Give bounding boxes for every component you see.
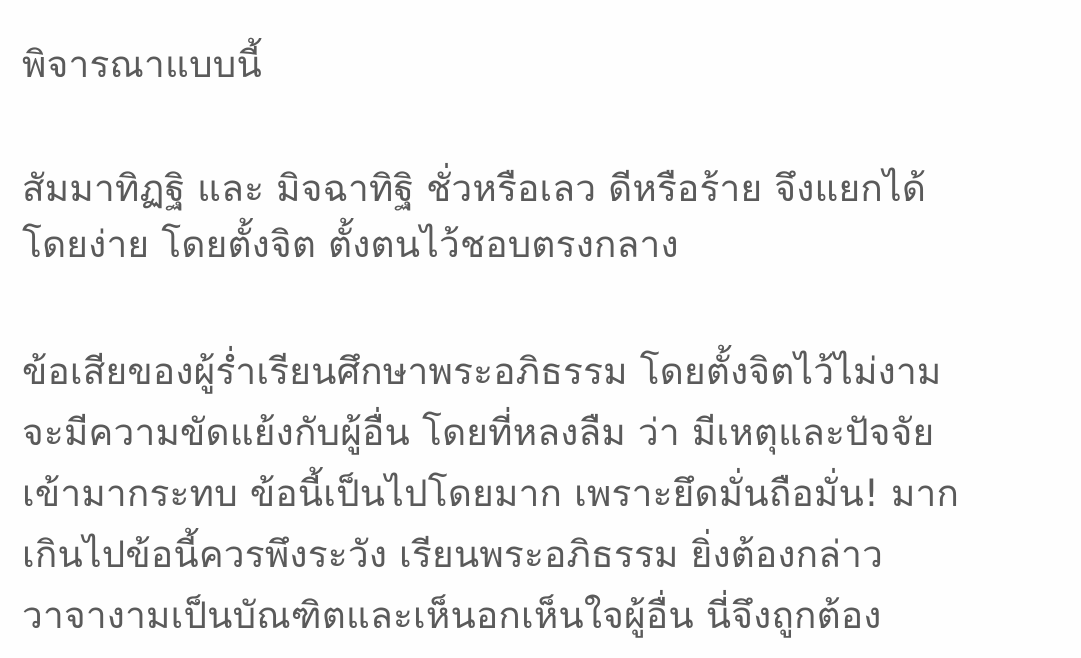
heading: พิจารณาแบบนี้ (22, 46, 262, 83)
paragraph-line: เกินไปข้อนี้ควรพึงระวัง เรียนพระอภิธรรม … (22, 536, 883, 573)
paragraph-line: ข้อเสียของผู้ร่ำเรียนศึกษาพระอภิธรรม โดย… (22, 353, 942, 390)
paragraph-line: สัมมาทิฏฐิ และ มิจฉาทิฐิ ชั่วหรือเลว ดีห… (22, 170, 926, 207)
document-page: พิจารณาแบบนี้ สัมมาทิฏฐิ และ มิจฉาทิฐิ ช… (0, 0, 1081, 658)
paragraph-line: โดยง่าย โดยตั้งจิต ตั้งตนไว้ชอบตรงกลาง (22, 226, 679, 263)
paragraph-line: จะมีความขัดแย้งกับผู้อื่น โดยที่หลงลืม ว… (22, 414, 934, 451)
paragraph-line: วาจางามเป็นบัณฑิตและเห็นอกเห็นใจผู้อื่น … (22, 597, 882, 634)
paragraph-line: เข้ามากระทบ ข้อนี้เป็นไปโดยมาก เพราะยึดม… (22, 475, 959, 512)
